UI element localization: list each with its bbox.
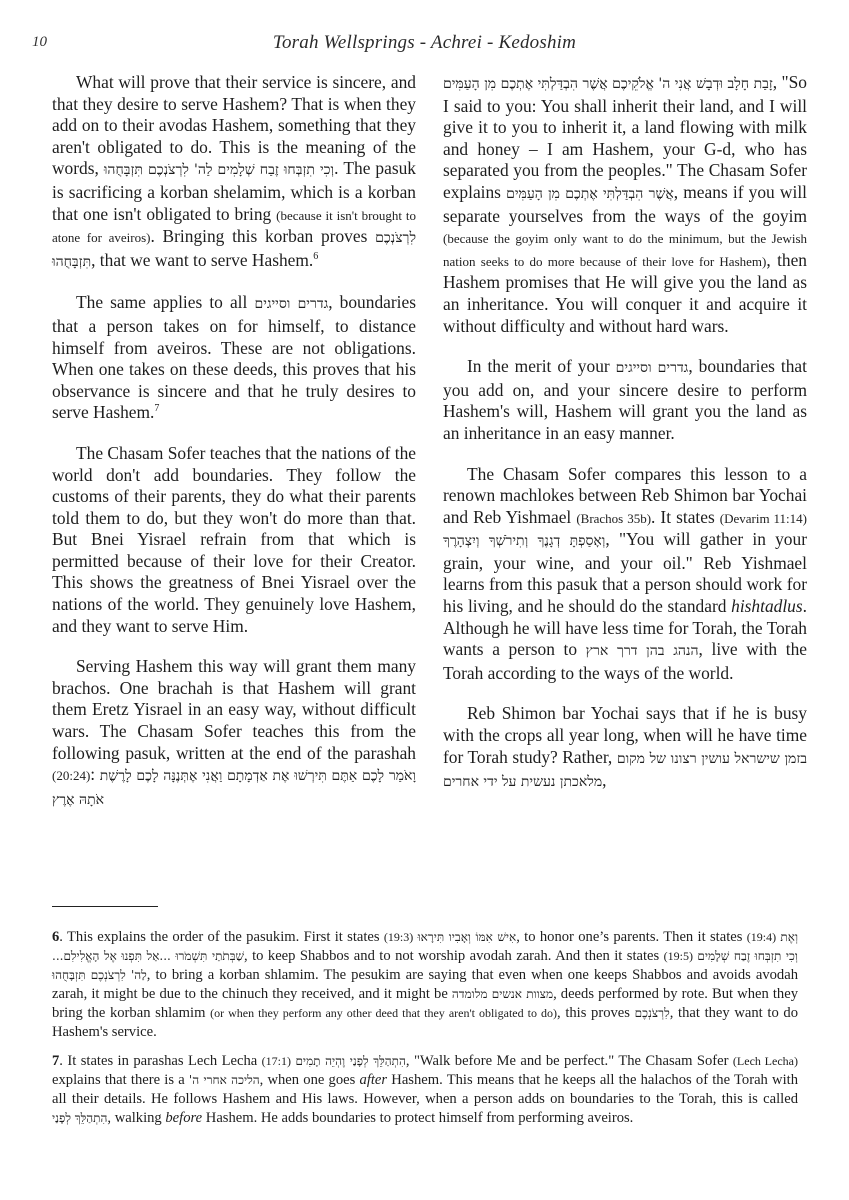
italic-term: after: [360, 1072, 388, 1088]
text: The same applies to all: [76, 292, 254, 312]
source-reference: (Lech Lecha): [733, 1054, 798, 1068]
hebrew-quote: הִתְהַלֵּךְ לְפָנַי: [52, 1111, 107, 1125]
text: . This explains the order of the pasukim…: [59, 929, 384, 945]
hebrew-quote: זָבַת חָלָב וּדְבָשׁ אֲנִי ה' אֱלֹקֵיכֶם…: [443, 76, 773, 92]
verse-reference: (Devarim 11:14): [720, 511, 807, 526]
left-column: What will prove that their service is si…: [52, 72, 416, 830]
text: . It states: [651, 507, 720, 527]
hebrew-quote: הליכה אחרי ה': [189, 1073, 260, 1087]
text: . It states in parashas Lech Lecha: [59, 1053, 261, 1069]
verse-reference: (19:3): [384, 930, 413, 944]
hebrew-quote: וְכִי תִזְבְּחוּ זֶבַח שְׁלָמִים לַה' לִ…: [104, 162, 334, 178]
paragraph: The Chasam Sofer teaches that the nation…: [52, 443, 416, 637]
text: , to keep Shabbos and to not worship avo…: [244, 948, 664, 964]
text: , this proves: [557, 1005, 635, 1021]
text: Hashem. He adds boundaries to protect hi…: [202, 1110, 633, 1126]
paragraph: The Chasam Sofer compares this lesson to…: [443, 464, 807, 685]
source-reference: (Brachos 35b): [576, 511, 651, 526]
hebrew-quote: אֲשֶׁר הִבְדַּלְתִּי אֶתְכֶם מִן הָעַמִּ…: [506, 186, 674, 202]
footnote-7: 7. It states in parashas Lech Lecha (17:…: [52, 1052, 798, 1128]
paragraph: זָבַת חָלָב וּדְבָשׁ אֲנִי ה' אֱלֹקֵיכֶם…: [443, 72, 807, 337]
text: , that we want to serve Hashem.: [91, 250, 313, 270]
hebrew-quote: וָאֹמַר לָכֶם אַתֶּם תִּירְשׁוּ אֶת אַדְ…: [52, 768, 416, 808]
hebrew-quote: מצוות אנשים מלומדה: [452, 987, 553, 1001]
footnote-ref-6[interactable]: 6: [313, 251, 318, 262]
paragraph: In the merit of your גדרים וסייגים, boun…: [443, 356, 807, 444]
parenthetical: (or when they perform any other deed tha…: [210, 1006, 557, 1020]
text: . Bringing this korban proves: [150, 226, 375, 246]
hebrew-quote: גדרים וסייגים: [616, 360, 689, 376]
hebrew-quote: גדרים וסייגים: [254, 296, 328, 312]
text: Serving Hashem this way will grant them …: [52, 656, 416, 762]
parenthetical: (because the goyim only want to do the m…: [443, 231, 807, 269]
verse-reference: (17:1): [262, 1054, 291, 1068]
text: In the merit of your: [467, 356, 616, 376]
hebrew-quote: הנהג בהן דרך ארץ: [586, 643, 699, 659]
hebrew-quote: הִתְהַלֵּךְ לְפָנַי וֶהְיֵה תָמִים: [295, 1054, 405, 1068]
verse-reference: (19:5): [664, 949, 693, 963]
text: , "Walk before Me and be perfect." The C…: [406, 1053, 733, 1069]
italic-term: hishtadlus: [731, 596, 803, 616]
text: , to honor one’s parents. Then it states: [516, 929, 747, 945]
verse-reference: (20:24): [52, 768, 90, 783]
verse-reference: (19:4): [747, 930, 776, 944]
text: , walking: [107, 1110, 165, 1126]
text: ,: [602, 770, 606, 790]
hebrew-quote: אִישׁ אִמּוֹ וְאָבִיו תִּירָאוּ: [418, 930, 517, 944]
paragraph: Serving Hashem this way will grant them …: [52, 656, 416, 811]
right-column: זָבַת חָלָב וּדְבָשׁ אֲנִי ה' אֱלֹקֵיכֶם…: [443, 72, 807, 813]
text: explains that there is a: [52, 1072, 189, 1088]
footnote-6: 6. This explains the order of the pasuki…: [52, 928, 798, 1042]
hebrew-quote: לִרְצֹנְכֶם: [635, 1006, 670, 1020]
text: , when one goes: [260, 1072, 360, 1088]
page-header: 10 Torah Wellsprings - Achrei - Kedoshim: [0, 30, 849, 58]
running-title: Torah Wellsprings - Achrei - Kedoshim: [0, 32, 849, 54]
paragraph: What will prove that their service is si…: [52, 72, 416, 273]
footnote-ref-7[interactable]: 7: [154, 404, 159, 415]
paragraph: The same applies to all גדרים וסייגים, b…: [52, 292, 416, 424]
italic-term: before: [165, 1110, 202, 1126]
text: :: [90, 764, 99, 784]
hebrew-quote: וְאָסַפְתָּ דְגָנֶךָ וְתִירֹשְׁךָ וְיִצְ…: [443, 533, 605, 549]
footnotes: 6. This explains the order of the pasuki…: [52, 928, 798, 1138]
paragraph: Reb Shimon bar Yochai says that if he is…: [443, 703, 807, 793]
footnote-separator: [52, 906, 158, 907]
